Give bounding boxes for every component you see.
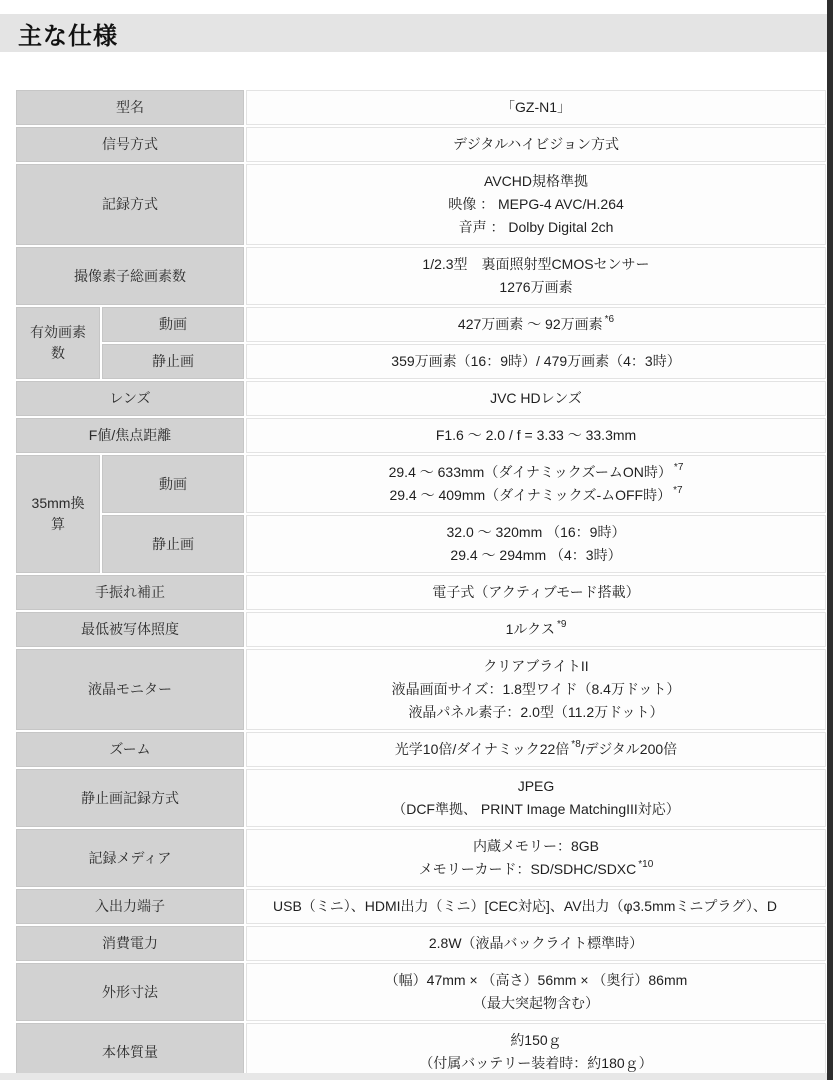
page-right-edge-strip (827, 0, 833, 1080)
spec-label: 外形寸法 (16, 963, 244, 1021)
spec-value-line: （DCF準拠、 PRINT Image MatchingIII対応） (257, 798, 815, 821)
spec-value-text: 1ルクス (506, 621, 555, 637)
spec-value-text: （最大突起物含む） (473, 995, 599, 1011)
spec-label: 本体質量 (16, 1023, 244, 1080)
spec-label: 消費電力 (16, 926, 244, 961)
spec-value: 29.4 ～ 633mm（ダイナミックズームON時）*729.4 ～ 409mm… (246, 455, 826, 513)
spec-row: 最低被写体照度1ルクス*9 (16, 612, 826, 647)
spec-value-text: 液晶パネル素子：2.0型（11.2万ドット） (408, 704, 663, 720)
spec-value-text: JPEG (518, 778, 555, 794)
spec-value-line: F1.6 ～ 2.0 / f = 3.33 ～ 33.3mm (257, 424, 815, 447)
spec-value: USB（ミニ）、HDMI出力（ミニ）[CEC対応]、AV出力（φ3.5mmミニプ… (246, 889, 826, 924)
spec-value-text: 359万画素（16：9時）/ 479万画素（4：3時） (391, 353, 680, 369)
section-header-bar: 主な仕様 (0, 14, 833, 52)
spec-sublabel: 静止画 (102, 344, 244, 379)
spec-value-text: 29.4 ～ 409mm（ダイナミックズ-ムOFF時） (389, 487, 671, 503)
spec-value-text: 427万画素 ～ 92万画素 (458, 316, 603, 332)
spec-value: （幅）47mm × （高さ）56mm × （奥行）86mm（最大突起物含む） (246, 963, 826, 1021)
spec-value: 2.8W（液晶バックライト標準時） (246, 926, 826, 961)
spec-value-line: 1/2.3型 裏面照射型CMOSセンサー (257, 253, 815, 276)
spec-value: 内蔵メモリー：8GBメモリーカード：SD/SDHC/SDXC*10 (246, 829, 826, 887)
spec-row: 消費電力2.8W（液晶バックライト標準時） (16, 926, 826, 961)
spec-value-text: 液晶画面サイズ：1.8型ワイド（8.4万ドット） (392, 681, 681, 697)
spec-value-line: （付属バッテリー装着時：約180ｇ） (257, 1052, 815, 1075)
spec-label: 記録メディア (16, 829, 244, 887)
spec-value-text: 「GZ-N1」 (501, 99, 571, 115)
spec-value: F1.6 ～ 2.0 / f = 3.33 ～ 33.3mm (246, 418, 826, 453)
spec-value-line: 映像 ： MEPG-4 AVC/H.264 (257, 193, 815, 216)
spec-value-text: 1/2.3型 裏面照射型CMOSセンサー (422, 256, 649, 272)
spec-value: 1/2.3型 裏面照射型CMOSセンサー1276万画素 (246, 247, 826, 305)
spec-value-line: 液晶パネル素子：2.0型（11.2万ドット） (257, 701, 815, 724)
spec-value: 427万画素 ～ 92万画素*6 (246, 307, 826, 342)
spec-value-text: JVC HDレンズ (490, 390, 582, 406)
spec-value-text: （付属バッテリー装着時：約180ｇ） (419, 1055, 652, 1071)
footnote-marker: *9 (557, 619, 566, 630)
footnote-marker: *7 (674, 462, 683, 473)
spec-value: JPEG（DCF準拠、 PRINT Image MatchingIII対応） (246, 769, 826, 827)
spec-value-line: 1276万画素 (257, 276, 815, 299)
spec-row: 撮像素子総画素数1/2.3型 裏面照射型CMOSセンサー1276万画素 (16, 247, 826, 305)
spec-label: レンズ (16, 381, 244, 416)
spec-label: 最低被写体照度 (16, 612, 244, 647)
spec-row: 記録メディア内蔵メモリー：8GBメモリーカード：SD/SDHC/SDXC*10 (16, 829, 826, 887)
spec-value-text: クリアブライトII (483, 658, 588, 674)
spec-value-text: 2.8W（液晶バックライト標準時） (429, 935, 643, 951)
spec-value-text: AVCHD規格準拠 (484, 173, 588, 189)
spec-label: 型名 (16, 90, 244, 125)
spec-value-line: 32.0 ～ 320mm （16：9時） (257, 521, 815, 544)
spec-value-line: JPEG (257, 775, 815, 798)
spec-value-text: 32.0 ～ 320mm （16：9時） (447, 524, 626, 540)
spec-sublabel: 静止画 (102, 515, 244, 573)
spec-value: デジタルハイビジョン方式 (246, 127, 826, 162)
spec-sublabel: 動画 (102, 455, 244, 513)
footnote-marker: *7 (673, 485, 682, 496)
spec-row: 手振れ補正電子式（アクティブモード搭載） (16, 575, 826, 610)
spec-table: 型名「GZ-N1」信号方式デジタルハイビジョン方式記録方式AVCHD規格準拠映像… (14, 88, 828, 1080)
spec-value-line: 光学10倍/ダイナミック22倍*8/デジタル200倍 (257, 738, 815, 761)
spec-label: 手振れ補正 (16, 575, 244, 610)
spec-value-line: 液晶画面サイズ：1.8型ワイド（8.4万ドット） (257, 678, 815, 701)
spec-value-line: 約150ｇ (257, 1029, 815, 1052)
spec-label: 静止画記録方式 (16, 769, 244, 827)
page-title: 主な仕様 (18, 16, 118, 51)
spec-label: 記録方式 (16, 164, 244, 245)
spec-value-line: 29.4 ～ 633mm（ダイナミックズームON時）*7 (257, 461, 815, 484)
spec-value-line: （最大突起物含む） (257, 992, 815, 1015)
spec-row: レンズJVC HDレンズ (16, 381, 826, 416)
spec-value-line: JVC HDレンズ (257, 387, 815, 410)
spec-value-text: USB（ミニ）、HDMI出力（ミニ）[CEC対応]、AV出力（φ3.5mmミニプ… (273, 898, 777, 914)
spec-value-line: メモリーカード：SD/SDHC/SDXC*10 (257, 858, 815, 881)
spec-row: 信号方式デジタルハイビジョン方式 (16, 127, 826, 162)
spec-value-line: 2.8W（液晶バックライト標準時） (257, 932, 815, 955)
spec-value-text: デジタルハイビジョン方式 (453, 136, 619, 152)
spec-value: 1ルクス*9 (246, 612, 826, 647)
spec-value: クリアブライトII液晶画面サイズ：1.8型ワイド（8.4万ドット）液晶パネル素子… (246, 649, 826, 730)
spec-value-line: デジタルハイビジョン方式 (257, 133, 815, 156)
spec-row: 液晶モニタークリアブライトII液晶画面サイズ：1.8型ワイド（8.4万ドット）液… (16, 649, 826, 730)
spec-row: 記録方式AVCHD規格準拠映像 ： MEPG-4 AVC/H.264音声 ： D… (16, 164, 826, 245)
spec-label: 撮像素子総画素数 (16, 247, 244, 305)
spec-value-line: 359万画素（16：9時）/ 479万画素（4：3時） (257, 350, 815, 373)
spec-value: 光学10倍/ダイナミック22倍*8/デジタル200倍 (246, 732, 826, 767)
spec-value-text: 音声 ： Dolby Digital 2ch (459, 219, 614, 235)
spec-value-text: （幅）47mm × （高さ）56mm × （奥行）86mm (385, 972, 688, 988)
spec-sublabel: 動画 (102, 307, 244, 342)
spec-value: JVC HDレンズ (246, 381, 826, 416)
spec-value: 電子式（アクティブモード搭載） (246, 575, 826, 610)
spec-row: 35mm換 算動画29.4 ～ 633mm（ダイナミックズームON時）*729.… (16, 455, 826, 513)
spec-row: 入出力端子USB（ミニ）、HDMI出力（ミニ）[CEC対応]、AV出力（φ3.5… (16, 889, 826, 924)
spec-value-line: 音声 ： Dolby Digital 2ch (257, 216, 815, 239)
spec-row: 静止画359万画素（16：9時）/ 479万画素（4：3時） (16, 344, 826, 379)
spec-row: 静止画32.0 ～ 320mm （16：9時）29.4 ～ 294mm （4：3… (16, 515, 826, 573)
footnote-marker: *8 (571, 739, 580, 750)
spec-value-line: 電子式（アクティブモード搭載） (257, 581, 815, 604)
spec-value-text: メモリーカード：SD/SDHC/SDXC (419, 861, 637, 877)
spec-label: 信号方式 (16, 127, 244, 162)
spec-value-line: USB（ミニ）、HDMI出力（ミニ）[CEC対応]、AV出力（φ3.5mmミニプ… (273, 895, 815, 918)
spec-value-text: （DCF準拠、 PRINT Image MatchingIII対応） (392, 801, 680, 817)
spec-value: 「GZ-N1」 (246, 90, 826, 125)
spec-value-line: 「GZ-N1」 (257, 96, 815, 119)
spec-value-line: AVCHD規格準拠 (257, 170, 815, 193)
spec-value-text: /デジタル200倍 (581, 741, 677, 757)
spec-value-text: 約150ｇ (510, 1032, 561, 1048)
spec-row: 型名「GZ-N1」 (16, 90, 826, 125)
spec-value-line: 427万画素 ～ 92万画素*6 (257, 313, 815, 336)
spec-row: ズーム光学10倍/ダイナミック22倍*8/デジタル200倍 (16, 732, 826, 767)
spec-value-line: 29.4 ～ 294mm （4：3時） (257, 544, 815, 567)
spec-label: ズーム (16, 732, 244, 767)
spec-row: 静止画記録方式JPEG（DCF準拠、 PRINT Image MatchingI… (16, 769, 826, 827)
spec-value-text: 29.4 ～ 294mm （4：3時） (450, 547, 621, 563)
spec-value-line: 1ルクス*9 (257, 618, 815, 641)
spec-value: 359万画素（16：9時）/ 479万画素（4：3時） (246, 344, 826, 379)
spec-row: F値/焦点距離F1.6 ～ 2.0 / f = 3.33 ～ 33.3mm (16, 418, 826, 453)
spec-value-line: クリアブライトII (257, 655, 815, 678)
spec-value-text: 29.4 ～ 633mm（ダイナミックズームON時） (389, 464, 672, 480)
spec-group-label: 35mm換 算 (16, 455, 100, 573)
spec-value-line: 内蔵メモリー：8GB (257, 835, 815, 858)
spec-value-text: 映像 ： MEPG-4 AVC/H.264 (448, 196, 624, 212)
spec-value-text: 1276万画素 (499, 279, 572, 295)
spec-value: 約150ｇ（付属バッテリー装着時：約180ｇ） (246, 1023, 826, 1080)
spec-value: 32.0 ～ 320mm （16：9時）29.4 ～ 294mm （4：3時） (246, 515, 826, 573)
footnote-marker: *6 (605, 314, 614, 325)
spec-row: 本体質量約150ｇ（付属バッテリー装着時：約180ｇ） (16, 1023, 826, 1080)
next-section-bar-edge (0, 1073, 833, 1080)
spec-page: 主な仕様 型名「GZ-N1」信号方式デジタルハイビジョン方式記録方式AVCHD規… (0, 14, 833, 1080)
spec-row: 有効画素 数動画427万画素 ～ 92万画素*6 (16, 307, 826, 342)
spec-value-text: 光学10倍/ダイナミック22倍 (395, 741, 569, 757)
spec-value: AVCHD規格準拠映像 ： MEPG-4 AVC/H.264音声 ： Dolby… (246, 164, 826, 245)
spec-label: F値/焦点距離 (16, 418, 244, 453)
spec-value-line: （幅）47mm × （高さ）56mm × （奥行）86mm (257, 969, 815, 992)
spec-label: 入出力端子 (16, 889, 244, 924)
spec-value-line: 29.4 ～ 409mm（ダイナミックズ-ムOFF時）*7 (257, 484, 815, 507)
footnote-marker: *10 (638, 859, 653, 870)
spec-value-text: 内蔵メモリー：8GB (473, 838, 599, 854)
spec-value-text: 電子式（アクティブモード搭載） (432, 584, 639, 600)
spec-label: 液晶モニター (16, 649, 244, 730)
spec-group-label: 有効画素 数 (16, 307, 100, 379)
spec-row: 外形寸法（幅）47mm × （高さ）56mm × （奥行）86mm（最大突起物含… (16, 963, 826, 1021)
spec-value-text: F1.6 ～ 2.0 / f = 3.33 ～ 33.3mm (436, 427, 636, 443)
